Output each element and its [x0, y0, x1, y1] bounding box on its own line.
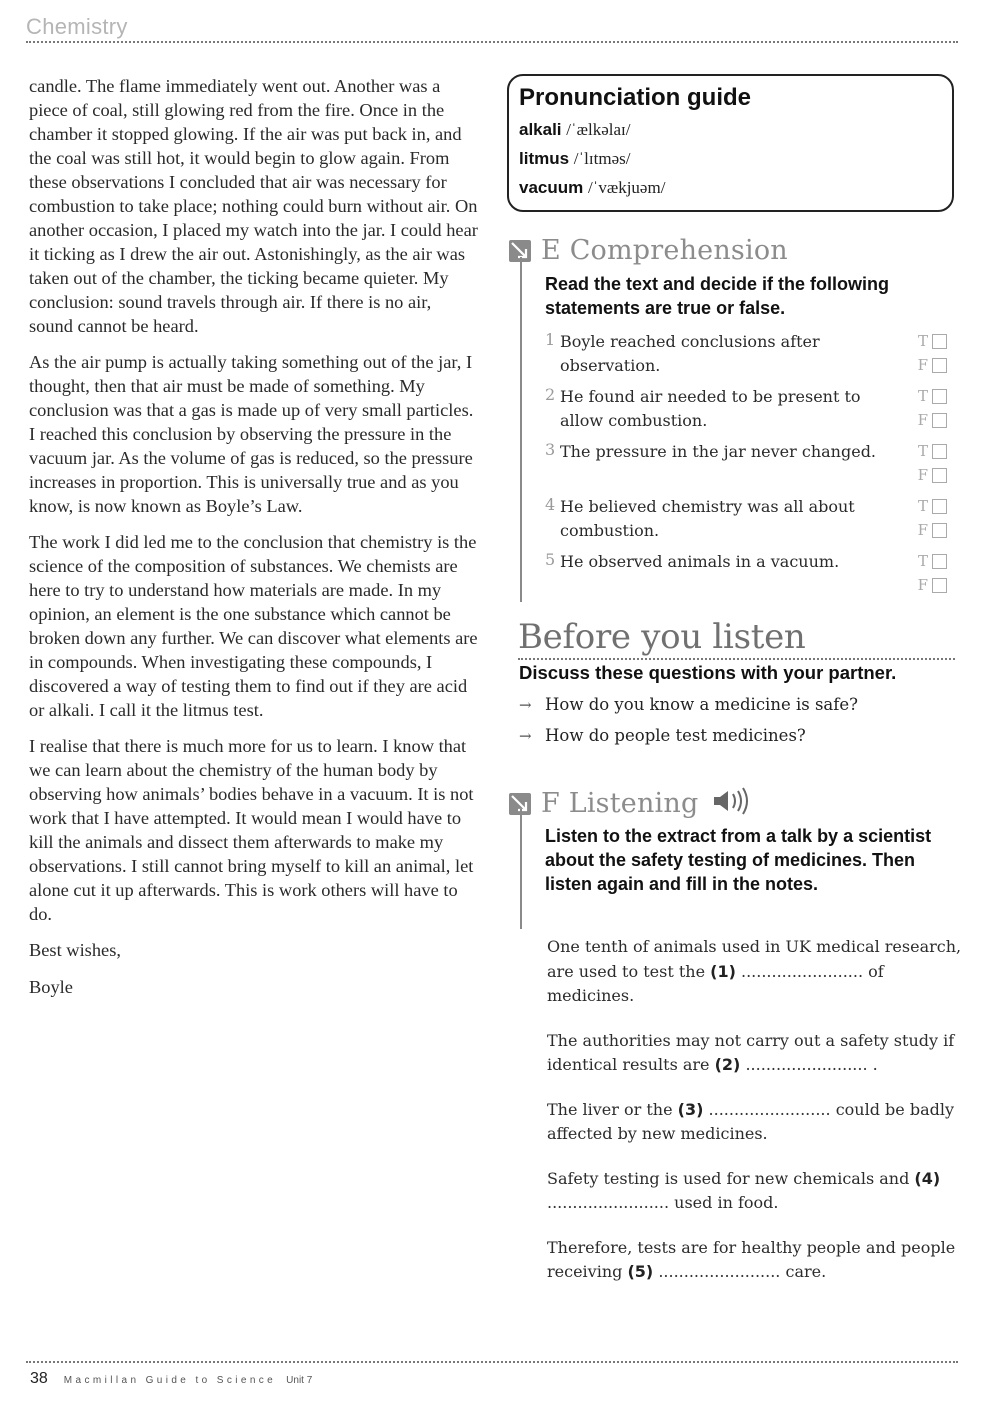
discussion-question: → How do you know a medicine is safe?: [519, 695, 858, 714]
false-checkbox[interactable]: [932, 578, 947, 593]
unit-label: Unit 7: [286, 1375, 312, 1386]
note-item: The liver or the (3) ...................…: [547, 1098, 967, 1147]
tf-item: 3 The pressure in the jar never changed.…: [545, 440, 955, 495]
fill-in-blank[interactable]: ........................: [741, 962, 863, 981]
true-checkbox[interactable]: [932, 554, 947, 569]
tf-item-text: He believed chemistry was all about comb…: [560, 495, 880, 543]
true-label: T: [918, 552, 928, 570]
tf-item: 2 He found air needed to be present to a…: [545, 385, 955, 440]
false-label: F: [918, 411, 928, 429]
letter-paragraph: I realise that there is much more for us…: [29, 734, 479, 926]
comprehension-heading: E Comprehension: [509, 235, 788, 266]
listening-notes: One tenth of animals used in UK medical …: [547, 935, 967, 1305]
tf-item-text: He observed animals in a vacuum.: [560, 550, 880, 574]
pronunciation-ipa: /ˈvækjuəm/: [588, 178, 665, 197]
true-checkbox[interactable]: [932, 444, 947, 459]
blank-number: (5): [627, 1262, 653, 1281]
discussion-question: → How do people test medicines?: [519, 726, 806, 745]
true-label: T: [918, 387, 928, 405]
blank-number: (2): [715, 1055, 741, 1074]
before-you-listen-title: Before you listen: [518, 617, 806, 657]
tf-item: 1 Boyle reached conclusions after observ…: [545, 330, 955, 385]
true-label: T: [918, 497, 928, 515]
listening-heading: F Listening: [509, 787, 752, 820]
listening-instruction: Listen to the extract from a talk by a s…: [545, 824, 955, 896]
arrow-right-icon: →: [519, 727, 545, 745]
pronunciation-word: litmus: [519, 149, 569, 168]
fill-in-blank[interactable]: ........................: [547, 1193, 669, 1212]
note-item: Therefore, tests are for healthy people …: [547, 1236, 967, 1285]
comprehension-instruction: Read the text and decide if the followin…: [545, 272, 955, 320]
false-checkbox[interactable]: [932, 468, 947, 483]
top-dotted-rule: [26, 41, 958, 43]
false-label: F: [918, 466, 928, 484]
pronunciation-item: vacuum /ˈvækjuəm/: [519, 176, 942, 200]
tf-item-number: 5: [545, 550, 555, 569]
true-false-list: 1 Boyle reached conclusions after observ…: [545, 330, 955, 605]
true-label: T: [918, 442, 928, 460]
true-checkbox[interactable]: [932, 499, 947, 514]
tf-item-text: He found air needed to be present to all…: [560, 385, 880, 433]
blank-number: (3): [678, 1100, 704, 1119]
tf-item-text: The pressure in the jar never changed.: [560, 440, 880, 464]
running-head: Chemistry: [26, 14, 128, 40]
discussion-question-text: How do you know a medicine is safe?: [545, 695, 858, 714]
false-checkbox[interactable]: [932, 413, 947, 428]
bottom-dotted-rule: [26, 1361, 958, 1363]
pronunciation-ipa: /ˈlɪtməs/: [574, 149, 631, 168]
blank-number: (4): [914, 1169, 940, 1188]
letter-text: candle. The flame immediately went out. …: [29, 74, 479, 1012]
false-label: F: [918, 576, 928, 594]
speaker-icon[interactable]: [712, 787, 752, 820]
discussion-question-text: How do people test medicines?: [545, 726, 806, 745]
tf-item-number: 3: [545, 440, 555, 459]
section-vertical-line: [520, 257, 522, 602]
false-label: F: [918, 356, 928, 374]
arrow-right-icon: →: [519, 696, 545, 714]
fill-in-blank[interactable]: ........................: [658, 1262, 780, 1281]
true-label: T: [918, 332, 928, 350]
letter-paragraph: The work I did led me to the conclusion …: [29, 530, 479, 722]
before-you-listen-rule: [518, 658, 955, 660]
tf-item-text: Boyle reached conclusions after observat…: [560, 330, 880, 378]
pronunciation-word: alkali: [519, 120, 562, 139]
pronunciation-item: alkali /ˈælkəlaɪ/: [519, 118, 942, 142]
pronunciation-guide-title: Pronunciation guide: [519, 84, 942, 112]
true-checkbox[interactable]: [932, 389, 947, 404]
true-checkbox[interactable]: [932, 334, 947, 349]
pronunciation-item: litmus /ˈlɪtməs/: [519, 147, 942, 171]
tf-item-number: 4: [545, 495, 555, 514]
fill-in-blank[interactable]: ........................: [745, 1055, 867, 1074]
page-footer: 38 Macmillan Guide to Science Unit 7: [30, 1370, 312, 1388]
section-vertical-line: [520, 809, 522, 929]
tf-item: 5 He observed animals in a vacuum. T F: [545, 550, 955, 605]
letter-closing: Best wishes,: [29, 938, 479, 962]
tf-item-number: 1: [545, 330, 555, 349]
fill-in-blank[interactable]: ........................: [709, 1100, 831, 1119]
letter-paragraph: As the air pump is actually taking somet…: [29, 350, 479, 518]
pronunciation-guide-box: Pronunciation guide alkali /ˈælkəlaɪ/ li…: [507, 74, 954, 212]
false-checkbox[interactable]: [932, 358, 947, 373]
blank-number: (1): [710, 962, 736, 981]
book-title: Macmillan Guide to Science: [64, 1375, 276, 1386]
false-label: F: [918, 521, 928, 539]
pronunciation-ipa: /ˈælkəlaɪ/: [566, 120, 630, 139]
comprehension-title: E Comprehension: [541, 235, 788, 266]
tf-item: 4 He believed chemistry was all about co…: [545, 495, 955, 550]
note-item: The authorities may not carry out a safe…: [547, 1029, 967, 1078]
listening-title: F Listening: [541, 788, 698, 819]
pronunciation-word: vacuum: [519, 178, 583, 197]
note-item: One tenth of animals used in UK medical …: [547, 935, 967, 1009]
false-checkbox[interactable]: [932, 523, 947, 538]
note-item: Safety testing is used for new chemicals…: [547, 1167, 967, 1216]
letter-paragraph: candle. The flame immediately went out. …: [29, 74, 479, 338]
before-you-listen-instruction: Discuss these questions with your partne…: [519, 662, 896, 684]
page-number: 38: [30, 1370, 48, 1388]
letter-signature: Boyle: [29, 975, 479, 999]
tf-item-number: 2: [545, 385, 555, 404]
